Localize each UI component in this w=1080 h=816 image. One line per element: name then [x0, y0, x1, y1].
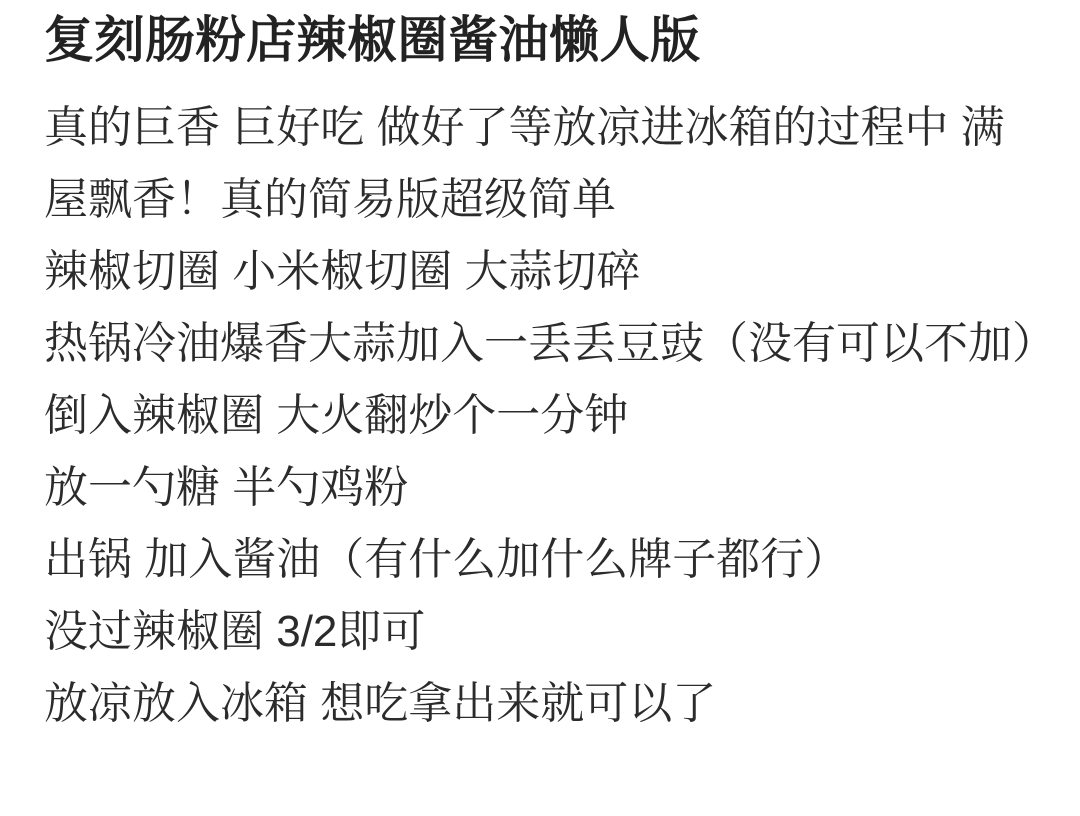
note-title: 复刻肠粉店辣椒圈酱油懒人版 [44, 4, 1036, 76]
recipe-note: 复刻肠粉店辣椒圈酱油懒人版 真的巨香 巨好吃 做好了等放凉进冰箱的过程中 满屋飘… [0, 0, 1080, 740]
note-body: 真的巨香 巨好吃 做好了等放凉进冰箱的过程中 满屋飘香！真的简易版超级简单 辣椒… [44, 92, 1036, 740]
note-paragraph-add-chili: 倒入辣椒圈 大火翻炒个一分钟 [44, 380, 1036, 452]
note-paragraph-seasoning: 放一勺糖 半勺鸡粉 [44, 452, 1036, 524]
note-paragraph-soy-sauce: 出锅 加入酱油（有什么加什么牌子都行） [44, 524, 1036, 596]
note-paragraph-sauce-level: 没过辣椒圈 3/2即可 [44, 596, 1036, 668]
note-paragraph-intro: 真的巨香 巨好吃 做好了等放凉进冰箱的过程中 满屋飘香！真的简易版超级简单 [44, 92, 1036, 236]
note-paragraph-storage: 放凉放入冰箱 想吃拿出来就可以了 [44, 668, 1036, 740]
note-paragraph-prep: 辣椒切圈 小米椒切圈 大蒜切碎 [44, 236, 1036, 308]
note-paragraph-stirfry-garlic: 热锅冷油爆香大蒜加入一丢丢豆豉（没有可以不加） [44, 308, 1036, 380]
